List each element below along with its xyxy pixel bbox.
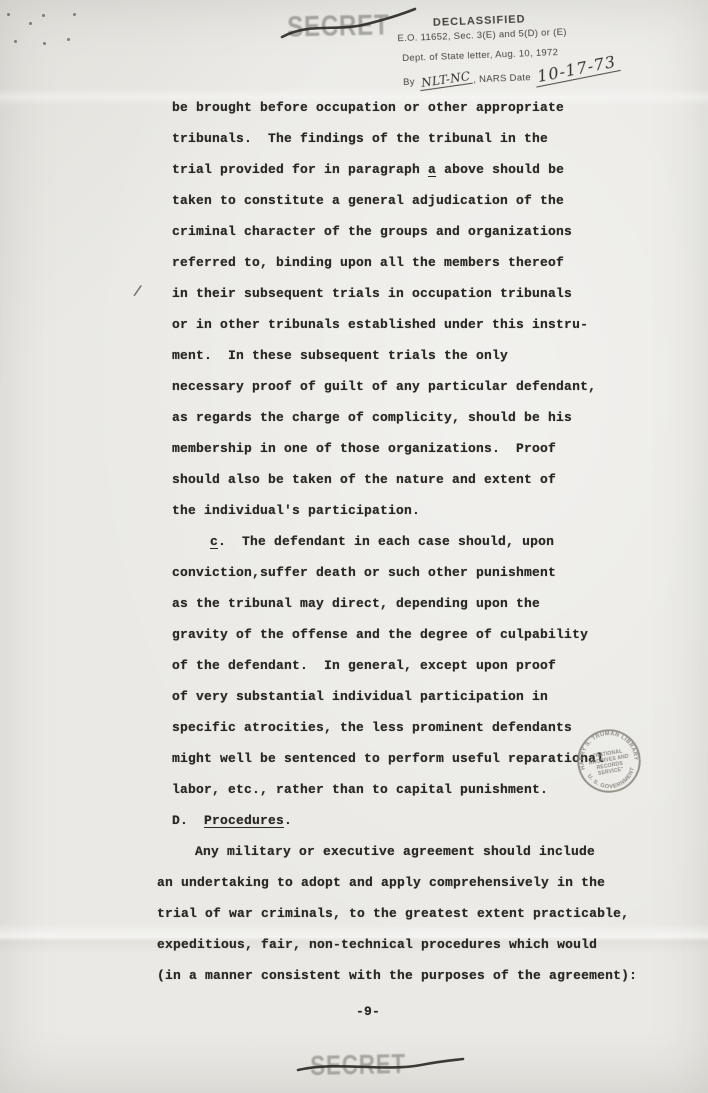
speckle	[14, 40, 17, 43]
text-segment: above should be	[436, 162, 564, 177]
text-line: trial provided for in paragraph a above …	[172, 154, 708, 185]
text-line: of very substantial individual participa…	[172, 681, 708, 712]
text-line: as regards the charge of complicity, sho…	[172, 402, 708, 433]
text-line: criminal character of the groups and org…	[172, 216, 708, 247]
by-line: By NLT-NC, NARS Date 10-17-73	[403, 62, 620, 90]
truman-library-stamp: HARRY S. TRUMAN LIBRARY U. S. GOVERNMENT…	[571, 723, 647, 799]
speckle	[43, 42, 46, 45]
text-segment: .	[284, 813, 292, 828]
by-label: By	[403, 77, 415, 88]
text-line: necessary proof of guilt of any particul…	[172, 371, 708, 402]
text-line: taken to constitute a general adjudicati…	[172, 185, 708, 216]
page-number: -9-	[356, 1004, 380, 1019]
text-line: conviction,suffer death or such other pu…	[172, 557, 708, 588]
text-line: D. Procedures.	[172, 805, 708, 836]
text-line: trial of war criminals, to the greatest …	[157, 898, 708, 929]
underlined-text: Procedures	[204, 813, 284, 828]
speckle	[42, 14, 45, 17]
text-segment: trial provided for in paragraph	[172, 162, 428, 177]
text-line: referred to, binding upon all the member…	[172, 247, 708, 278]
document-page: SECRET DECLASSIFIED E.O. 11652, Sec. 3(E…	[0, 0, 708, 1093]
strike-line-bottom-icon	[293, 1052, 468, 1082]
text-line: should also be taken of the nature and e…	[172, 464, 708, 495]
nars-date-label: , NARS Date	[473, 72, 531, 85]
speckle	[73, 13, 76, 16]
text-line: the individual's participation.	[172, 495, 708, 526]
text-line: of the defendant. In general, except upo…	[172, 650, 708, 681]
text-line: ment. In these subsequent trials the onl…	[172, 340, 708, 371]
underlined-text: c	[210, 534, 218, 549]
text-line: an undertaking to adopt and apply compre…	[157, 867, 708, 898]
text-line: membership in one of those organizations…	[172, 433, 708, 464]
text-line: tribunals. The findings of the tribunal …	[172, 123, 708, 154]
text-line: Any military or executive agreement shou…	[157, 836, 708, 867]
text-line: gravity of the offense and the degree of…	[172, 619, 708, 650]
text-line: c. The defendant in each case should, up…	[172, 526, 708, 557]
margin-mark: /	[132, 284, 143, 302]
declassification-stamp: DECLASSIFIED E.O. 11652, Sec. 3(E) and 5…	[397, 10, 620, 90]
speckle	[67, 38, 70, 41]
text-line: or in other tribunals established under …	[172, 309, 708, 340]
text-line: (in a manner consistent with the purpose…	[157, 960, 708, 991]
text-line: expeditious, fair, non-technical procedu…	[157, 929, 708, 960]
speckle	[29, 22, 32, 25]
text-line: as the tribunal may direct, depending up…	[172, 588, 708, 619]
underlined-text: a	[428, 162, 436, 177]
text-segment: D.	[172, 813, 204, 828]
speckle	[7, 13, 10, 16]
eo-line: E.O. 11652, Sec. 3(E) and 5(D) or (E)	[397, 25, 618, 44]
text-line: be brought before occupation or other ap…	[172, 92, 708, 123]
text-line: in their subsequent trials in occupation…	[172, 278, 708, 309]
document-body: be brought before occupation or other ap…	[0, 92, 708, 991]
text-segment: . The defendant in each case should, upo…	[218, 534, 554, 549]
